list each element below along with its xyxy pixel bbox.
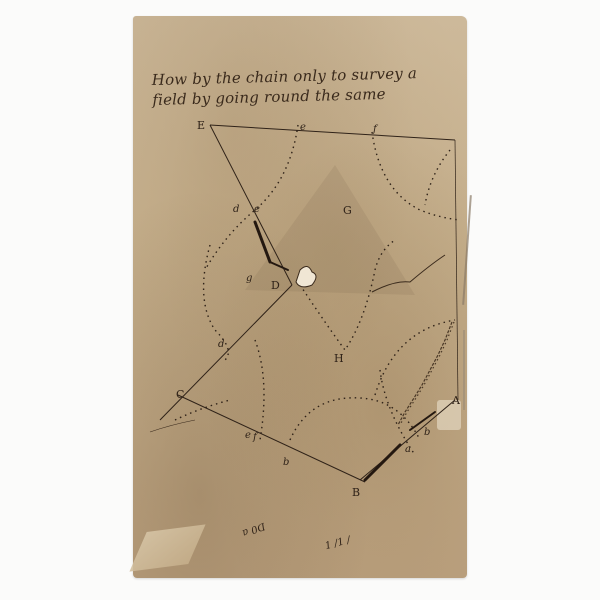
- label-B: B: [352, 486, 360, 499]
- bottom-rotated-note: D0 a: [241, 520, 268, 539]
- label-e-left: e: [254, 204, 260, 215]
- arc-f: [372, 132, 460, 220]
- shaded-triangle: [245, 165, 415, 295]
- line-right-edge: [455, 140, 458, 400]
- label-D: D: [271, 279, 280, 292]
- arc-c-lower: [175, 400, 230, 420]
- arc-f-small: [425, 150, 450, 205]
- line-c-b: [178, 395, 365, 482]
- arc-c: [255, 340, 264, 440]
- label-G: G: [343, 204, 352, 217]
- arc-b: [290, 398, 420, 440]
- label-g-near-d: g: [246, 273, 252, 284]
- arc-d-left: [204, 245, 229, 360]
- label-d-mid: d: [218, 339, 224, 350]
- label-d-left: d: [233, 204, 239, 215]
- line-e-d: [210, 125, 292, 285]
- line-b-a: [360, 400, 455, 480]
- survey-diagram: E G D H C B A e f d e g d e f b a b D0 a…: [0, 0, 600, 600]
- label-b-right: b: [424, 427, 430, 438]
- chain-drawing: [398, 322, 454, 425]
- bottom-scribble: 1 /1 /: [324, 534, 353, 552]
- label-f-bottom: f: [252, 432, 259, 443]
- label-f-top: f: [372, 124, 379, 135]
- label-C: C: [176, 388, 184, 401]
- label-H: H: [334, 352, 344, 365]
- label-b-bottom: b: [283, 457, 289, 468]
- label-e-top: e: [300, 122, 306, 133]
- arc-a-lower: [380, 370, 415, 455]
- arc-a: [375, 320, 455, 395]
- label-A: A: [451, 394, 461, 407]
- label-E: E: [197, 119, 205, 132]
- label-e-bottom: e: [245, 430, 251, 441]
- line-e-top: [210, 125, 455, 140]
- label-a-right: a: [405, 444, 411, 455]
